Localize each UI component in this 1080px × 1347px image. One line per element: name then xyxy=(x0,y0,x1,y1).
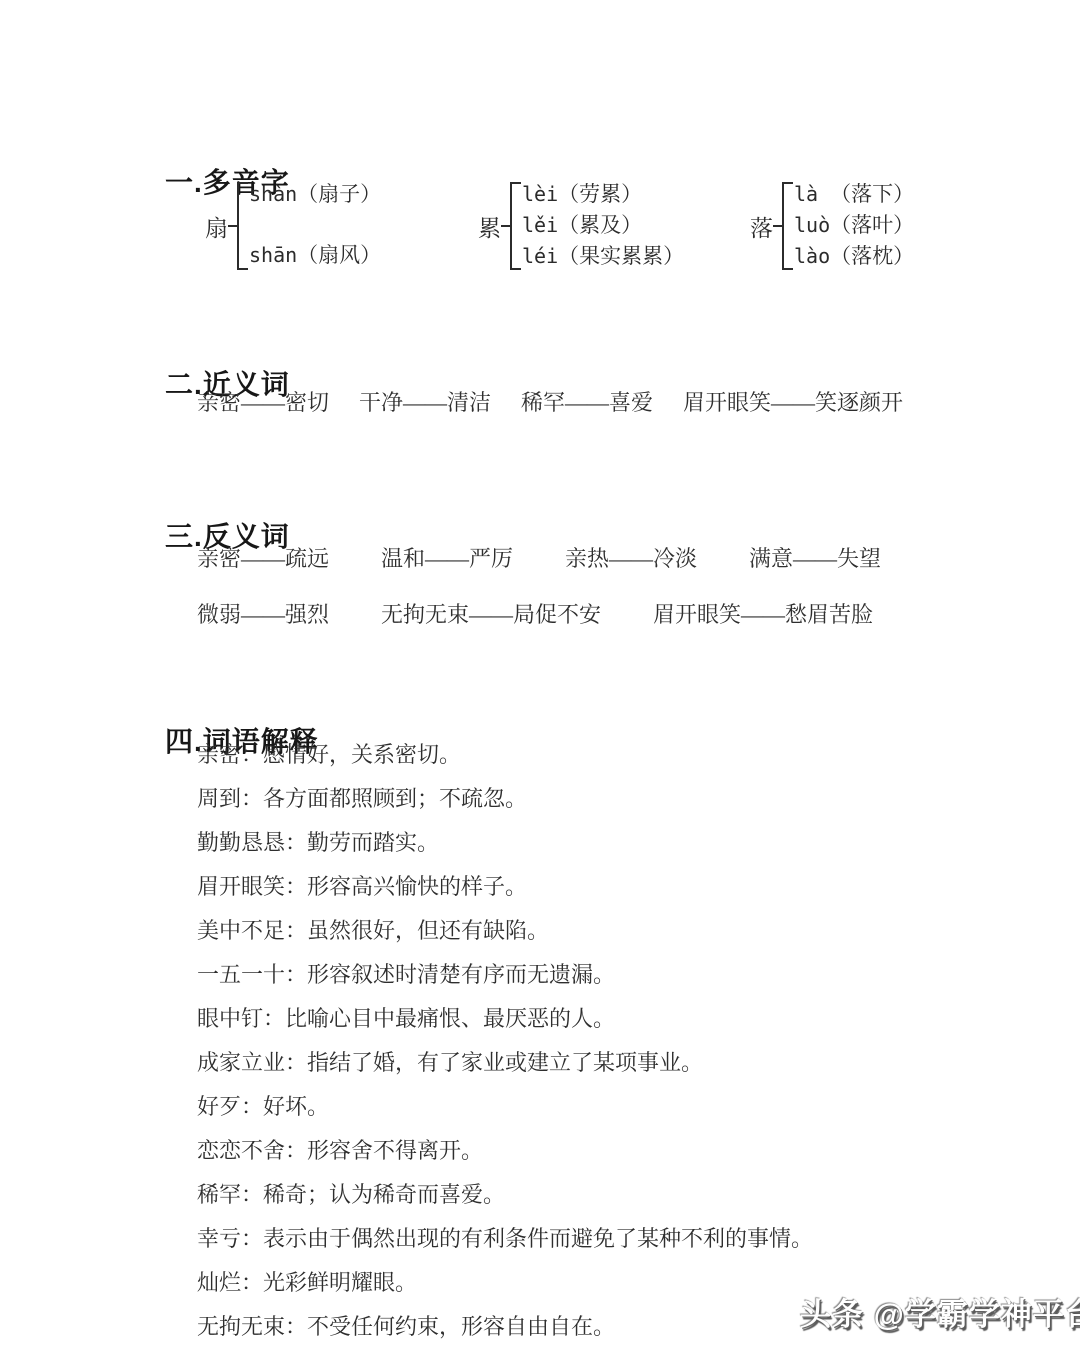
pinyin-text: luò xyxy=(794,211,830,240)
readings-list: lèi（劳累） lěi（累及） léi（果实累累） xyxy=(522,180,684,272)
definition-item: 无拘无束：不受任何约束，形容自由自在。 xyxy=(197,1305,813,1347)
example-word: （果实累累） xyxy=(558,244,684,268)
definition-item: 稀罕：稀奇；认为稀奇而喜爱。 xyxy=(197,1173,813,1217)
pinyin-text: lěi xyxy=(522,211,558,240)
polyphonic-group-lei: 累 lèi（劳累） lěi（累及） léi（果实累累） xyxy=(478,180,684,272)
antonym-pair: 无拘无束——局促不安 xyxy=(381,598,601,629)
definition-item: 眉开眼笑：形容高兴愉快的样子。 xyxy=(197,865,813,909)
reading-item: shān（扇风） xyxy=(249,241,381,272)
definition-item: 幸亏：表示由于偶然出现的有利条件而避免了某种不利的事情。 xyxy=(197,1217,813,1261)
antonym-pair: 微弱——强烈 xyxy=(197,598,329,629)
bracket-line xyxy=(782,182,793,270)
bracket-connector-line xyxy=(773,225,782,227)
document-page: { "page": { "background_color": "#ffffff… xyxy=(0,0,1080,1347)
synonym-pairs-row: 亲密——密切 干净——清洁 稀罕——喜爱 眉开眼笑——笑逐颜开 xyxy=(197,386,903,417)
definition-item: 好歹：好坏。 xyxy=(197,1085,813,1129)
definition-item: 恋恋不舍：形容舍不得离开。 xyxy=(197,1129,813,1173)
example-word: （扇子） xyxy=(297,182,381,206)
synonym-pair: 干净——清洁 xyxy=(359,386,491,417)
definitions-list: 亲密：感情好，关系密切。 周到：各方面都照顾到；不疏忽。 勤勤恳恳：勤劳而踏实。… xyxy=(197,733,813,1347)
example-word: （劳累） xyxy=(558,182,642,206)
polyphonic-group-luo: 落 là（落下） luò（落叶） lào（落枕） xyxy=(750,180,914,272)
reading-item: lèi（劳累） xyxy=(522,180,684,211)
readings-list: là（落下） luò（落叶） lào（落枕） xyxy=(794,180,914,272)
definition-item: 亲密：感情好，关系密切。 xyxy=(197,733,813,777)
example-word: （落枕） xyxy=(830,244,914,268)
reading-item: lào（落枕） xyxy=(794,242,914,273)
synonym-pair: 亲密——密切 xyxy=(197,386,329,417)
antonym-pair: 满意——失望 xyxy=(749,542,881,573)
pinyin-text: shàn xyxy=(249,180,297,209)
definition-item: 周到：各方面都照顾到；不疏忽。 xyxy=(197,777,813,821)
antonym-pair: 亲热——冷淡 xyxy=(565,542,697,573)
synonym-pair: 稀罕——喜爱 xyxy=(521,386,653,417)
definition-item: 灿烂：光彩鲜明耀眼。 xyxy=(197,1261,813,1305)
toutiao-watermark: 头条 @学霸学神平台 xyxy=(800,1289,1080,1334)
definition-item: 一五一十：形容叙述时清楚有序而无遗漏。 xyxy=(197,953,813,997)
definition-item: 眼中钉：比喻心目中最痛恨、最厌恶的人。 xyxy=(197,997,813,1041)
antonym-pair: 眉开眼笑——愁眉苦脸 xyxy=(653,598,873,629)
antonym-pairs-row: 微弱——强烈 无拘无束——局促不安 眉开眼笑——愁眉苦脸 xyxy=(197,598,873,629)
reading-item: léi（果实累累） xyxy=(522,242,684,273)
reading-item: là（落下） xyxy=(794,180,914,211)
polyphonic-char: 落 xyxy=(750,210,773,243)
synonym-pair: 眉开眼笑——笑逐颜开 xyxy=(683,386,903,417)
bracket-connector-line xyxy=(501,225,510,227)
antonym-pair: 亲密——疏远 xyxy=(197,542,329,573)
readings-list: shàn（扇子） shān（扇风） xyxy=(249,180,381,272)
example-word: （落叶） xyxy=(830,213,914,237)
bracket-line xyxy=(237,182,248,270)
bracket-connector-line xyxy=(228,225,237,227)
pinyin-text: lèi xyxy=(522,180,558,209)
reading-item: shàn（扇子） xyxy=(249,180,381,211)
example-word: （落下） xyxy=(830,182,914,206)
example-word: （累及） xyxy=(558,213,642,237)
pinyin-text: léi xyxy=(522,242,558,271)
definition-item: 成家立业：指结了婚，有了家业或建立了某项事业。 xyxy=(197,1041,813,1085)
polyphonic-group-shan: 扇 shàn（扇子） shān（扇风） xyxy=(205,180,381,272)
pinyin-text: lào xyxy=(794,242,830,271)
polyphonic-char: 累 xyxy=(478,210,501,243)
reading-item: lěi（累及） xyxy=(522,211,684,242)
polyphonic-char: 扇 xyxy=(205,210,228,243)
pinyin-text: shān xyxy=(249,241,297,270)
example-word: （扇风） xyxy=(297,243,381,267)
definition-item: 勤勤恳恳：勤劳而踏实。 xyxy=(197,821,813,865)
antonym-pairs-row: 亲密——疏远 温和——严厉 亲热——冷淡 满意——失望 xyxy=(197,542,881,573)
antonym-pair: 温和——严厉 xyxy=(381,542,513,573)
bracket-line xyxy=(510,182,521,270)
reading-item: luò（落叶） xyxy=(794,211,914,242)
definition-item: 美中不足：虽然很好，但还有缺陷。 xyxy=(197,909,813,953)
pinyin-text: là xyxy=(794,180,830,209)
